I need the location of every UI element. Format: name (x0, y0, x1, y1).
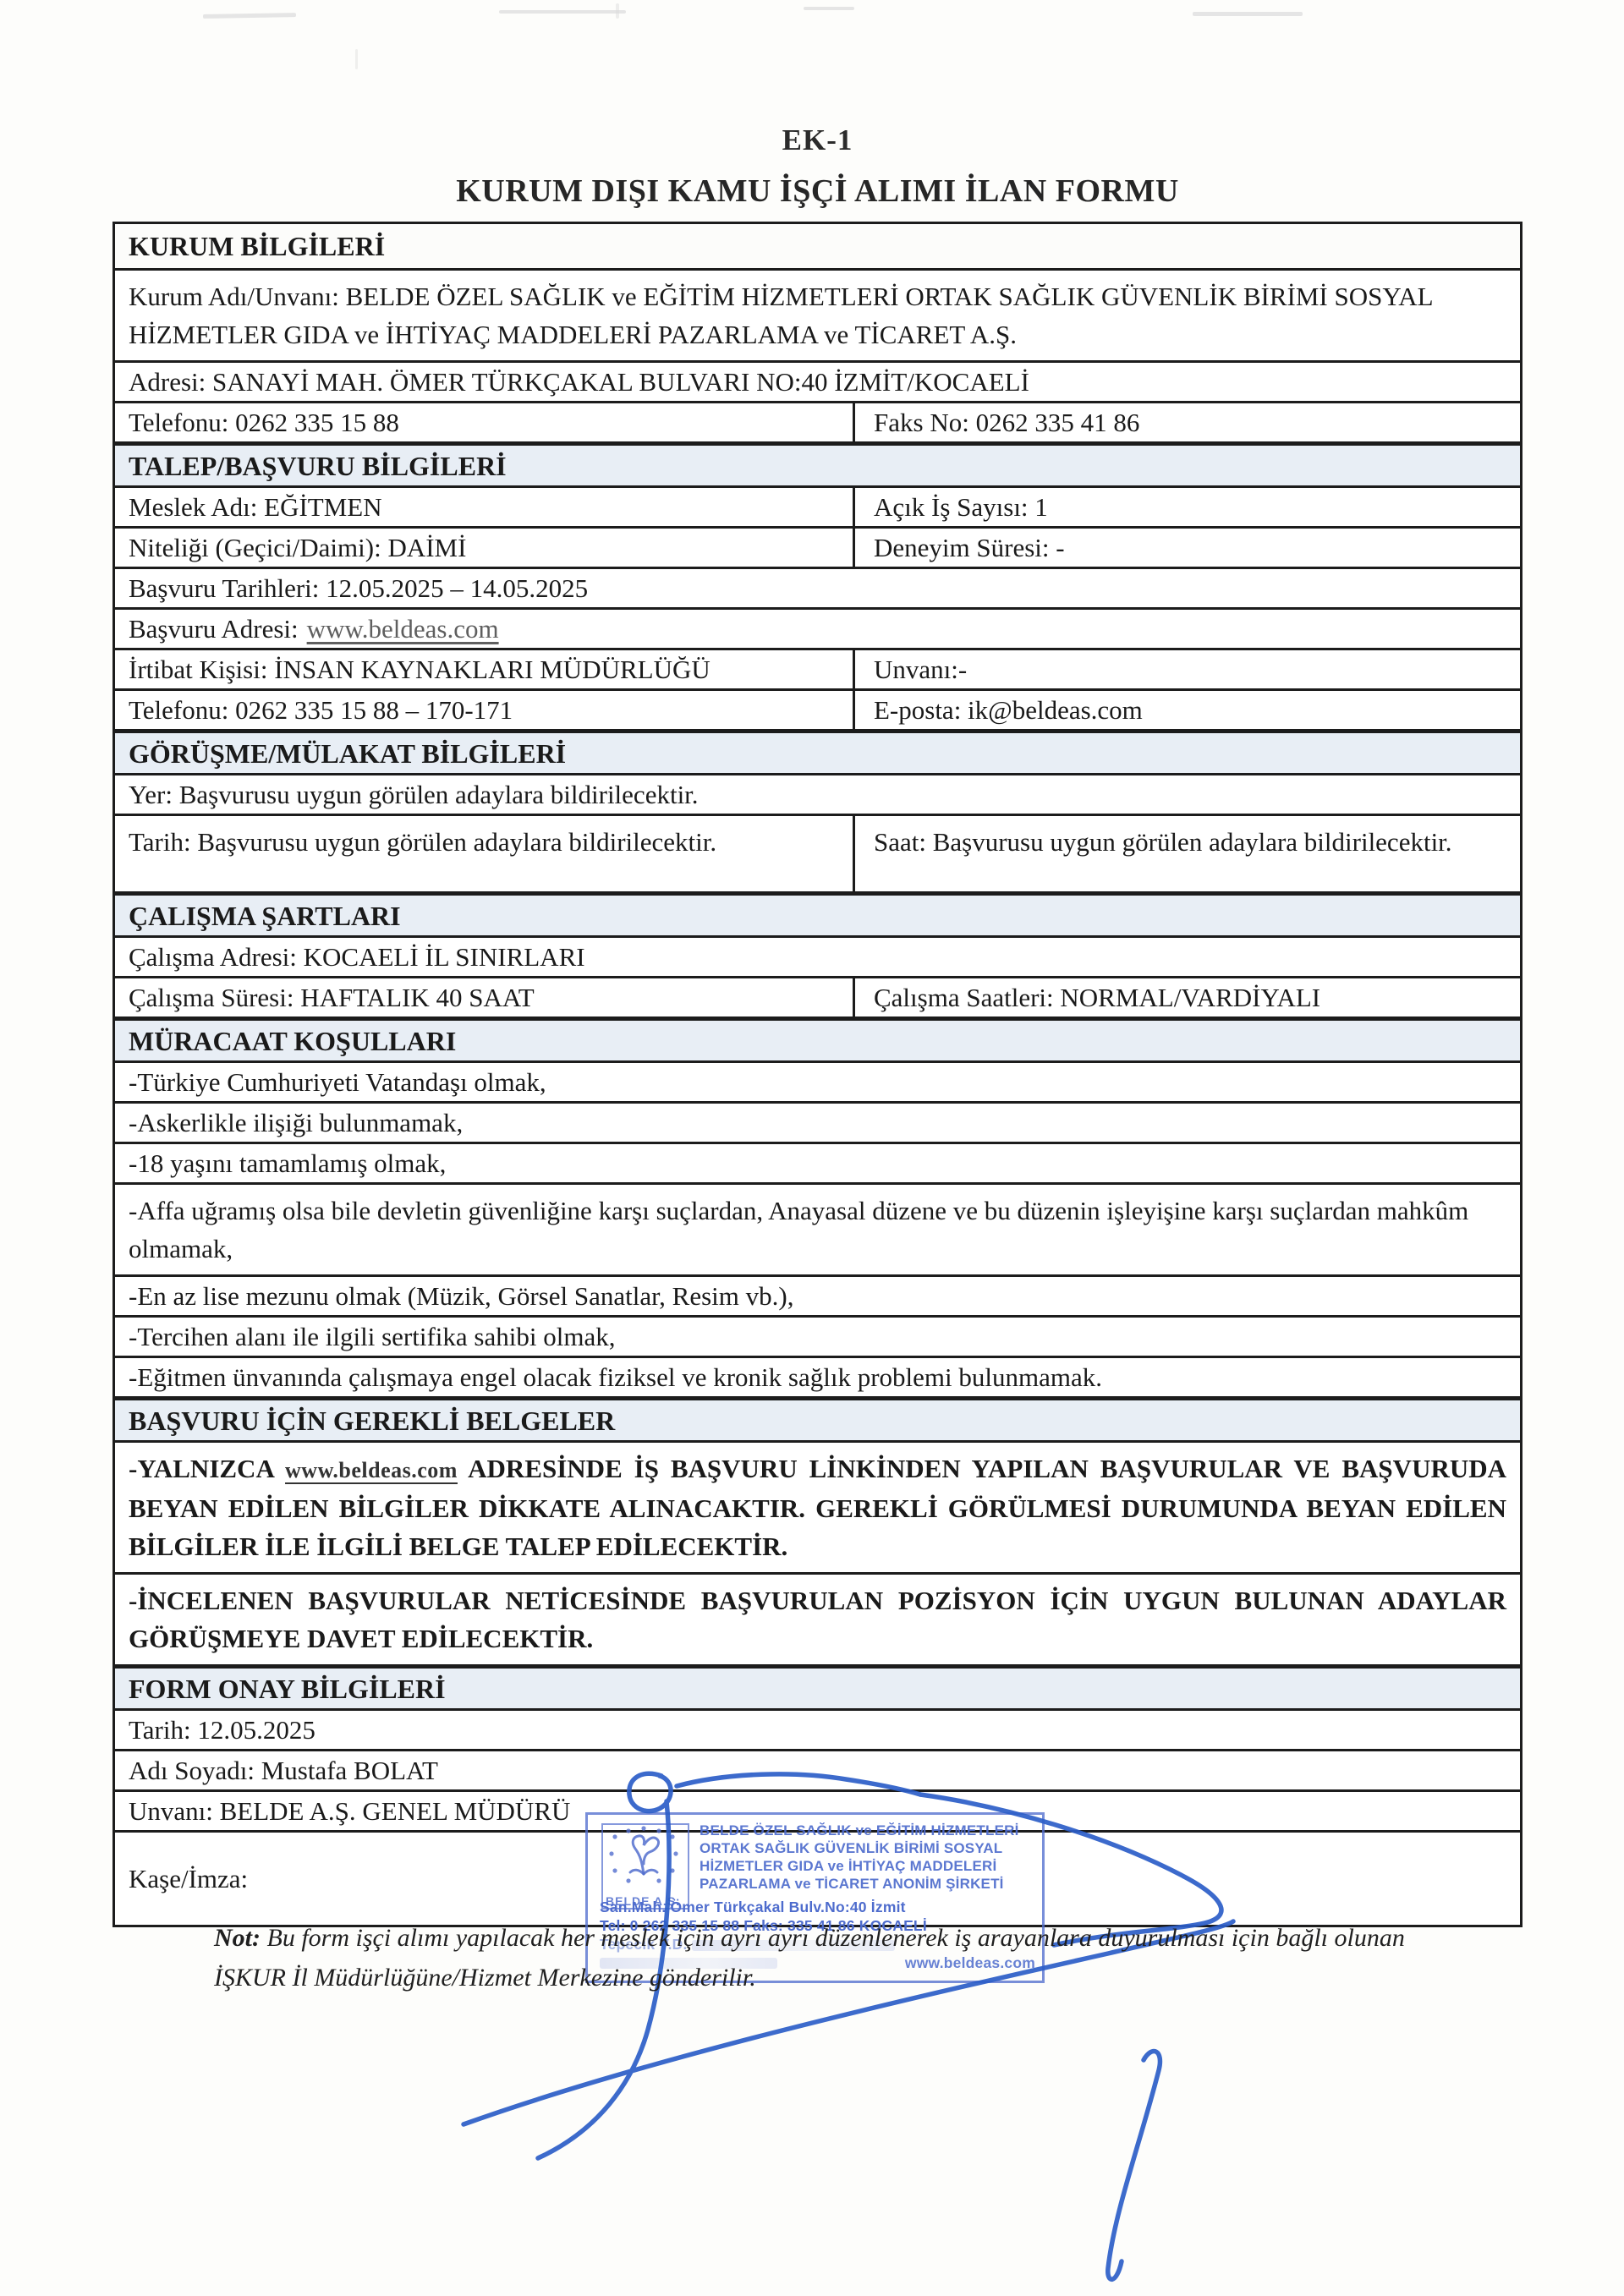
cell-tarih: Tarih: Başvurusu uygun görülen adaylara … (115, 816, 853, 891)
row-belge-1: -YALNIZCA www.beldeas.com ADRESİNDE İŞ B… (115, 1440, 1520, 1572)
row-kosul-2: -Askerlikle ilişiği bulunmamak, (115, 1101, 1520, 1142)
stamp-line: San.Mah. Ömer Türkçakal Bulv.No:40 İzmit (600, 1898, 1035, 1916)
scan-artifact (804, 7, 854, 10)
row-kosul-7: -Eğitmen ünvanında çalışmaya engel olaca… (115, 1356, 1520, 1396)
row-irtibat-unvani: İrtibat Kişisi: İNSAN KAYNAKLARI MÜDÜRLÜ… (115, 648, 1520, 688)
belge1-prefix: -YALNIZCA (129, 1454, 273, 1483)
cell-unvani-short: Unvanı:- (853, 650, 1520, 688)
row-calisma-adresi: Çalışma Adresi: KOCAELİ İL SINIRLARI (115, 935, 1520, 976)
cell-acik-is: Açık İş Sayısı: 1 (853, 488, 1520, 526)
section-basvuru-belgeler: BAŞVURU İÇİN GEREKLİ BELGELER (115, 1396, 1520, 1440)
kosul-text: -Affa uğramış olsa bile devletin güvenli… (129, 1196, 1468, 1263)
tarih-text: Tarih: Başvurusu uygun görülen adaylara … (129, 823, 721, 861)
onay-tarih-text: Tarih: 12.05.2025 (129, 1714, 315, 1746)
unvani-short-text: Unvanı:- (874, 654, 967, 686)
section-label: KURUM BİLGİLERİ (129, 230, 385, 262)
row-basvuru-tarihleri: Başvuru Tarihleri: 12.05.2025 – 14.05.20… (115, 567, 1520, 607)
section-form-onay: FORM ONAY BİLGİLERİ (115, 1664, 1520, 1708)
row-yer: Yer: Başvurusu uygun görülen adaylara bi… (115, 773, 1520, 814)
stamp-line: ORTAK SAĞLIK GÜVENLİK BİRİMİ SOSYAL (700, 1839, 1037, 1857)
stamp-line: BELDE ÖZEL SAĞLIK ve EĞİTİM HİZMETLERİ (700, 1822, 1037, 1839)
row-basvuru-adresi: Başvuru Adresi: www.beldeas.com (115, 607, 1520, 648)
scan-artifact (203, 13, 296, 19)
row-kosul-3: -18 yaşını tamamlamış olmak, (115, 1142, 1520, 1182)
kosul-text: -Tercihen alanı ile ilgili sertifika sah… (129, 1321, 615, 1353)
scan-artifact (616, 3, 619, 19)
section-talep-basvuru: TALEP/BAŞVURU BİLGİLERİ (115, 441, 1520, 485)
scan-artifact (1193, 12, 1303, 16)
faks-text: Faks No: 0262 335 41 86 (874, 407, 1139, 439)
footer-note: Not: Bu form işçi alımı yapılacak her me… (214, 1918, 1462, 1997)
section-label: ÇALIŞMA ŞARTLARI (129, 900, 401, 932)
irtibat-text: İrtibat Kişisi: İNSAN KAYNAKLARI MÜDÜRLÜ… (129, 654, 710, 686)
stamp-company-lines: BELDE ÖZEL SAĞLIK ve EĞİTİM HİZMETLERİ O… (700, 1822, 1037, 1893)
kosul-text: -Türkiye Cumhuriyeti Vatandaşı olmak, (129, 1066, 546, 1099)
kosul-text: -Eğitmen ünvanında çalışmaya engel olaca… (129, 1362, 1102, 1394)
meslek-text: Meslek Adı: EĞİTMEN (129, 491, 382, 523)
stamp-line: HİZMETLER GIDA ve İHTİYAÇ MADDELERİ (700, 1857, 1037, 1875)
kosul-text: -18 yaşını tamamlamış olmak, (129, 1148, 446, 1180)
acik-is-text: Açık İş Sayısı: 1 (874, 491, 1048, 523)
cell-telefonu2: Telefonu: 0262 335 15 88 – 170-171 (115, 691, 853, 729)
row-belge-2: -İNCELENEN BAŞVURULAR NETİCESİNDE BAŞVUR… (115, 1572, 1520, 1664)
section-label: TALEP/BAŞVURU BİLGİLERİ (129, 450, 507, 482)
footer-note-text: Bu form işçi alımı yapılacak her meslek … (214, 1924, 1405, 1992)
cell-meslek: Meslek Adı: EĞİTMEN (115, 488, 853, 526)
section-label: FORM ONAY BİLGİLERİ (129, 1673, 446, 1705)
row-kosul-4: -Affa uğramış olsa bile devletin güvenli… (115, 1182, 1520, 1274)
stamp-line: PAZARLAMA ve TİCARET ANONİM ŞİRKETİ (700, 1875, 1037, 1893)
cell-faks: Faks No: 0262 335 41 86 (853, 403, 1520, 441)
tulip-logo-icon (603, 1825, 684, 1891)
scan-artifact (499, 10, 626, 14)
cell-saat: Saat: Başvurusu uygun görülen adaylara b… (853, 816, 1520, 891)
belge1-link[interactable]: www.beldeas.com (285, 1458, 458, 1482)
row-adresi: Adresi: SANAYİ MAH. ÖMER TÜRKÇAKAL BULVA… (115, 360, 1520, 401)
adi-soyadi-text: Adı Soyadı: Mustafa BOLAT (129, 1755, 438, 1787)
kosul-text: -Askerlikle ilişiği bulunmamak, (129, 1107, 463, 1139)
section-label: GÖRÜŞME/MÜLAKAT BİLGİLERİ (129, 737, 566, 770)
deneyim-text: Deneyim Süresi: - (874, 532, 1065, 564)
unvani-text: Unvanı: BELDE A.Ş. GENEL MÜDÜRÜ (129, 1795, 570, 1827)
footer-note-label: Not: (214, 1924, 261, 1952)
cell-niteligi: Niteliği (Geçici/Daimi): DAİMİ (115, 529, 853, 567)
row-telefon2-eposta: Telefonu: 0262 335 15 88 – 170-171 E-pos… (115, 688, 1520, 729)
cell-deneyim: Deneyim Süresi: - (853, 529, 1520, 567)
row-meslek-acikis: Meslek Adı: EĞİTMEN Açık İş Sayısı: 1 (115, 485, 1520, 526)
section-calisma-sartlari: ÇALIŞMA ŞARTLARI (115, 891, 1520, 935)
row-telefon-faks: Telefonu: 0262 335 15 88 Faks No: 0262 3… (115, 401, 1520, 441)
scanned-form-page: { "page": { "attachment_label": "EK-1", … (0, 0, 1624, 2296)
yer-text: Yer: Başvurusu uygun görülen adaylara bi… (129, 779, 699, 811)
kase-imza-label: Kaşe/İmza: (129, 1863, 248, 1895)
form-table: KURUM BİLGİLERİ Kurum Adı/Unvanı: BELDE … (112, 222, 1522, 1927)
saat-text: Saat: Başvurusu uygun görülen adaylara b… (874, 823, 1466, 861)
calisma-suresi-text: Çalışma Süresi: HAFTALIK 40 SAAT (129, 982, 535, 1014)
row-kosul-1: -Türkiye Cumhuriyeti Vatandaşı olmak, (115, 1060, 1520, 1101)
section-label: MÜRACAAT KOŞULLARI (129, 1025, 456, 1057)
kosul-text: -En az lise mezunu olmak (Müzik, Görsel … (129, 1280, 793, 1312)
row-kurum-adi: Kurum Adı/Unvanı: BELDE ÖZEL SAĞLIK ve E… (115, 268, 1520, 360)
calisma-saatleri-text: Çalışma Saatleri: NORMAL/VARDİYALI (874, 982, 1320, 1014)
belge2-text: -İNCELENEN BAŞVURULAR NETİCESİNDE BAŞVUR… (129, 1586, 1506, 1653)
cell-irtibat: İrtibat Kişisi: İNSAN KAYNAKLARI MÜDÜRLÜ… (115, 650, 853, 688)
cell-calisma-suresi: Çalışma Süresi: HAFTALIK 40 SAAT (115, 978, 853, 1016)
telefonu-text: Telefonu: 0262 335 15 88 (129, 407, 399, 439)
section-label: BAŞVURU İÇİN GEREKLİ BELGELER (129, 1405, 615, 1437)
basvuru-tarihleri-text: Başvuru Tarihleri: 12.05.2025 – 14.05.20… (129, 573, 588, 605)
row-adi-soyadi: Adı Soyadı: Mustafa BOLAT (115, 1749, 1520, 1789)
section-muracaat-kosullari: MÜRACAAT KOŞULLARI (115, 1016, 1520, 1060)
cell-telefonu: Telefonu: 0262 335 15 88 (115, 403, 853, 441)
kurum-adi-text: Kurum Adı/Unvanı: BELDE ÖZEL SAĞLIK ve E… (129, 282, 1432, 349)
telefonu2-text: Telefonu: 0262 335 15 88 – 170-171 (129, 694, 513, 726)
cell-eposta: E-posta: ik@beldeas.com (853, 691, 1520, 729)
calisma-adresi-text: Çalışma Adresi: KOCAELİ İL SINIRLARI (129, 941, 585, 973)
niteligi-text: Niteliği (Geçici/Daimi): DAİMİ (129, 532, 466, 564)
cell-calisma-saatleri: Çalışma Saatleri: NORMAL/VARDİYALI (853, 978, 1520, 1016)
adresi-text: Adresi: SANAYİ MAH. ÖMER TÜRKÇAKAL BULVA… (129, 366, 1029, 398)
section-gorusme-mulakat: GÖRÜŞME/MÜLAKAT BİLGİLERİ (115, 729, 1520, 773)
stamp-logo: BELDE A.Ş. (601, 1823, 689, 1910)
eposta-text: E-posta: ik@beldeas.com (874, 694, 1143, 726)
page-title: KURUM DIŞI KAMU İŞÇİ ALIMI İLAN FORMU (112, 173, 1522, 210)
row-tarih-saat: Tarih: Başvurusu uygun görülen adaylara … (115, 814, 1520, 891)
basvuru-adresi-link[interactable]: www.beldeas.com (307, 613, 499, 645)
row-kosul-5: -En az lise mezunu olmak (Müzik, Görsel … (115, 1274, 1520, 1315)
section-kurum-bilgileri: KURUM BİLGİLERİ (115, 224, 1520, 268)
scan-artifact (355, 49, 358, 69)
attachment-label: EK-1 (112, 123, 1522, 157)
row-onay-tarih: Tarih: 12.05.2025 (115, 1708, 1520, 1749)
row-niteligi-deneyim: Niteliği (Geçici/Daimi): DAİMİ Deneyim S… (115, 526, 1520, 567)
row-calisma-suresi-saatleri: Çalışma Süresi: HAFTALIK 40 SAAT Çalışma… (115, 976, 1520, 1016)
basvuru-adresi-label: Başvuru Adresi: (129, 613, 299, 645)
row-kosul-6: -Tercihen alanı ile ilgili sertifika sah… (115, 1315, 1520, 1356)
